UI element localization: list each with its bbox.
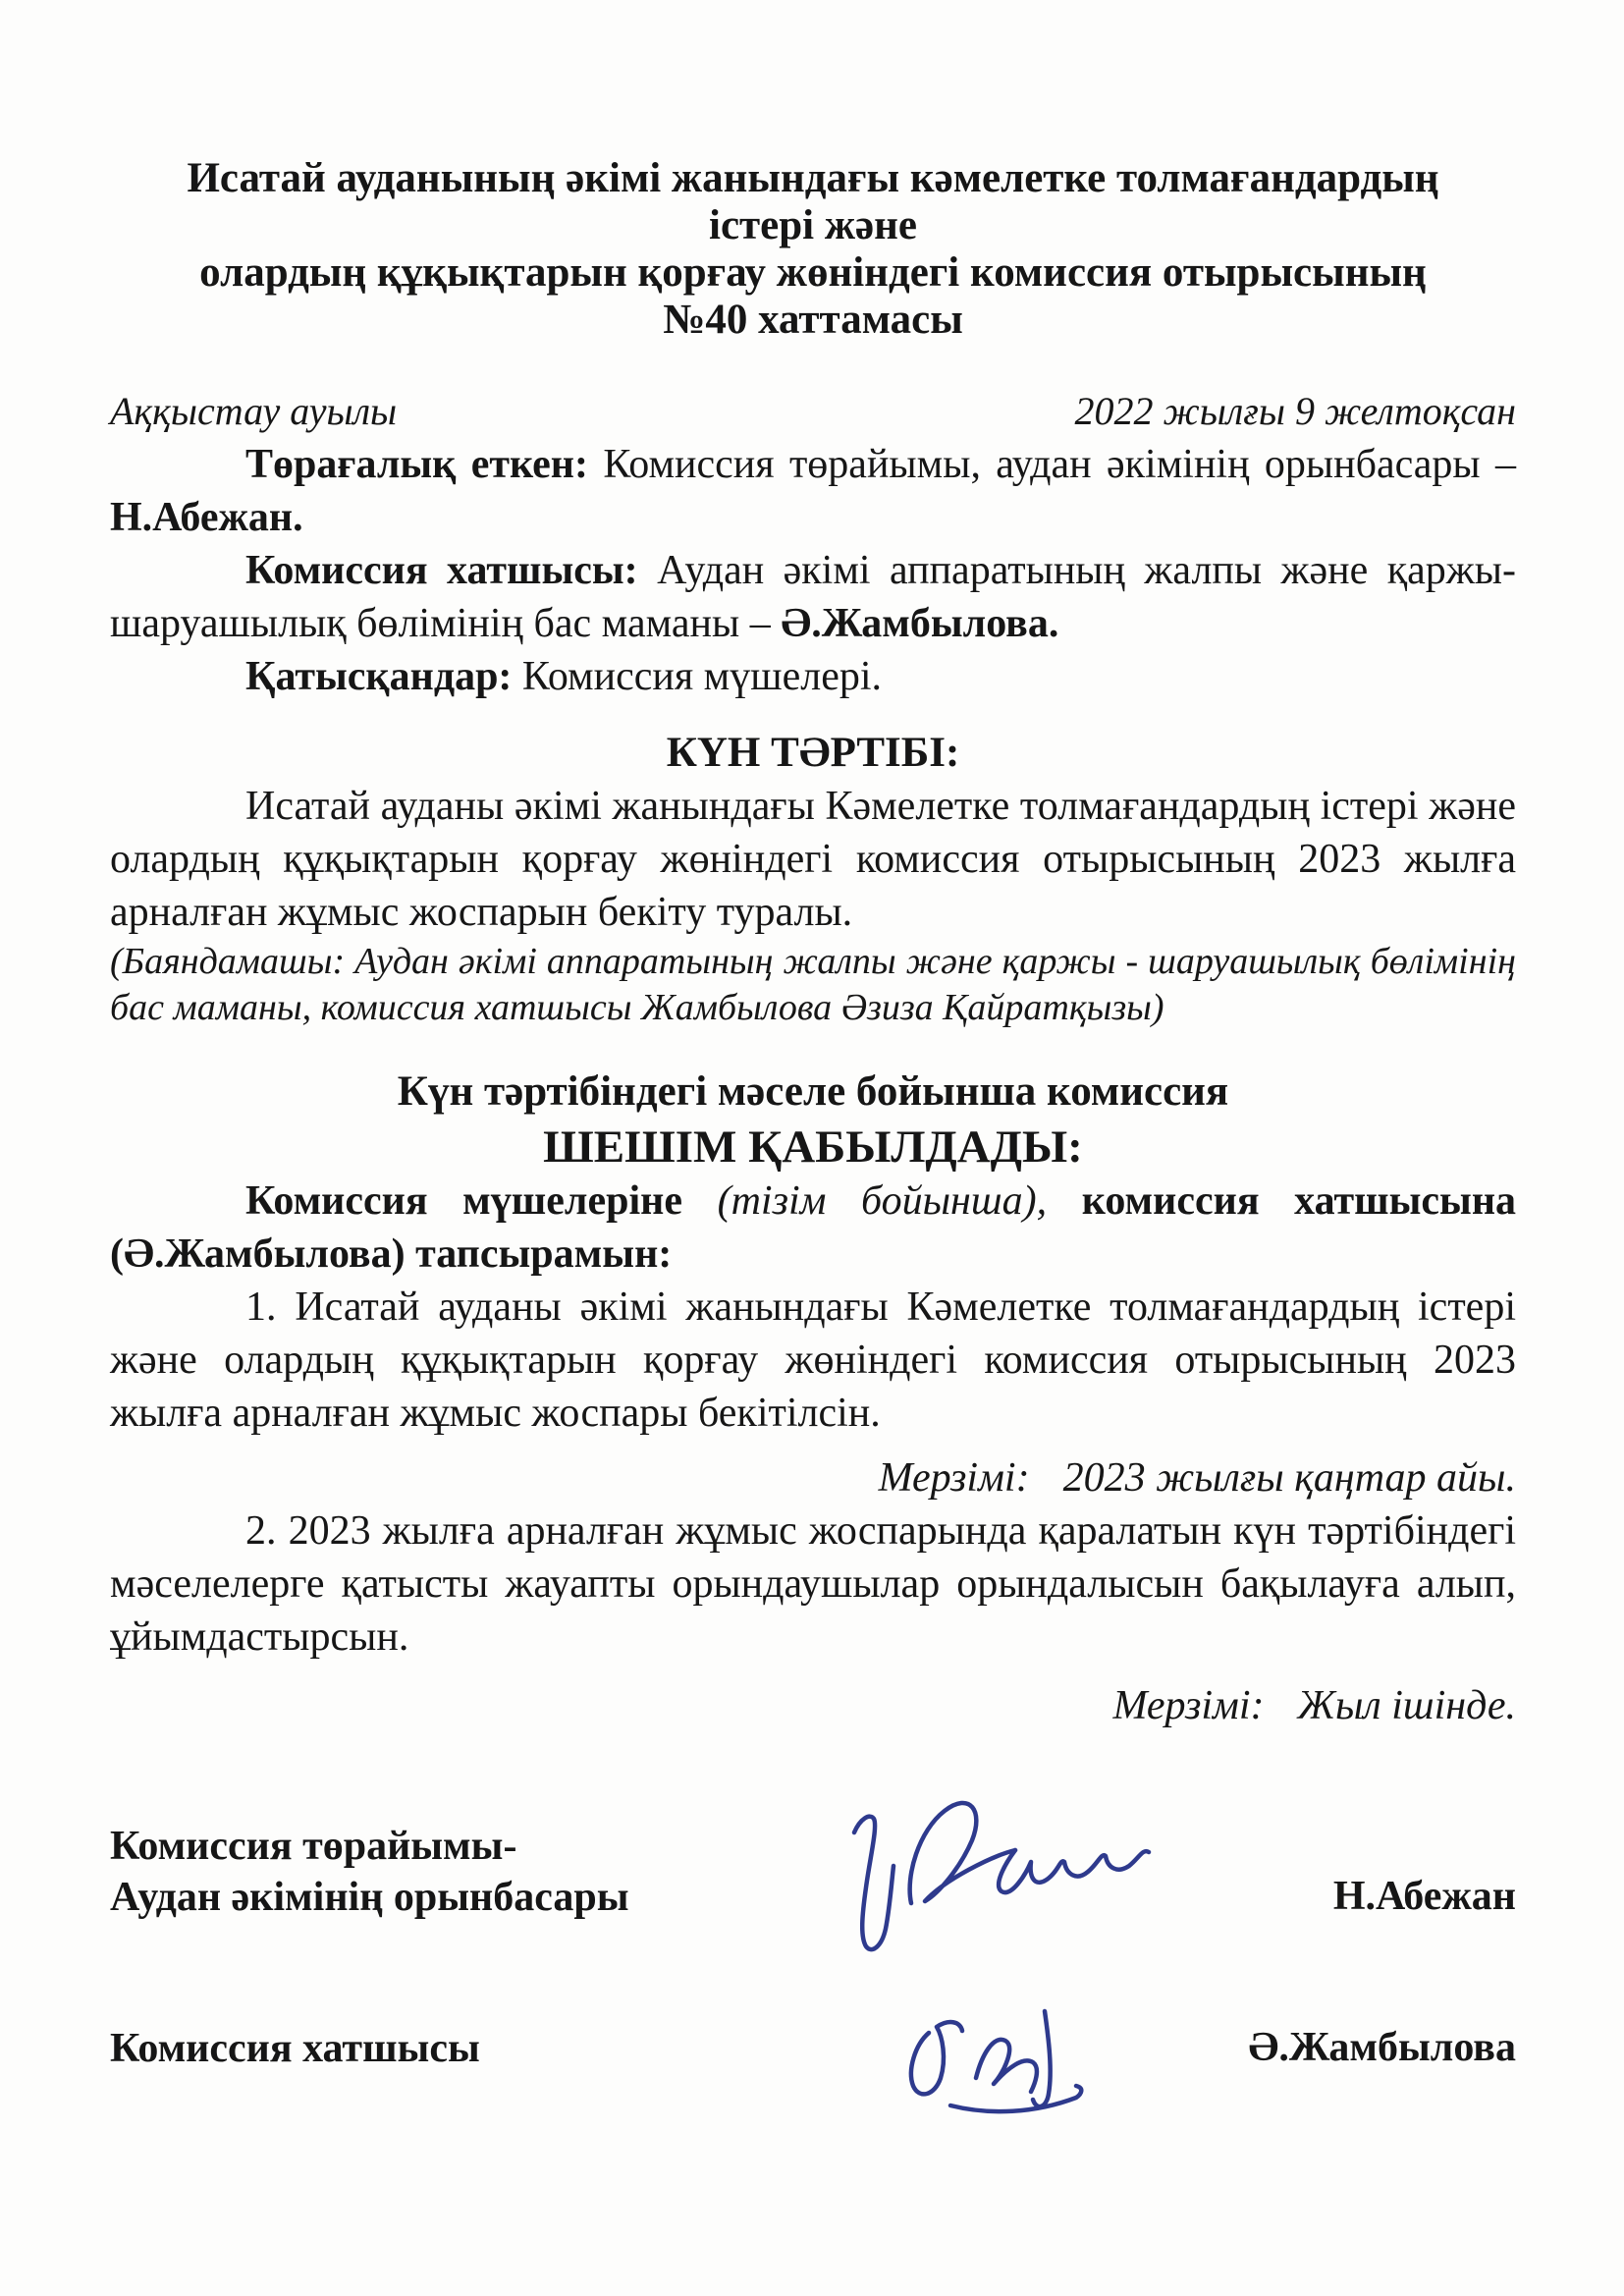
deadline-2-label: Мерзімі:: [1112, 1683, 1264, 1728]
signature-role-chair-line1: Комиссия төрайымы-: [110, 1821, 629, 1872]
decision-heading-line1: Күн тәртібіндегі мәселе бойынша комиссия: [110, 1065, 1516, 1120]
deadline-2-value: Жыл ішінде.: [1297, 1683, 1516, 1728]
document-title-line2: олардың құқықтарын қорғау жөніндегі коми…: [140, 249, 1486, 297]
signature-row-chair: Комиссия төрайымы- Аудан әкімінің орынба…: [110, 1821, 1516, 1923]
agenda-text: Исатай ауданы әкімі жанындағы Кәмелетке …: [110, 780, 1516, 939]
signature-name-secretary: Ә.Жамбылова: [1248, 2021, 1516, 2074]
secretary-signature-icon: [886, 1976, 1121, 2143]
signature-block: Комиссия төрайымы- Аудан әкімінің орынба…: [110, 1821, 1516, 2074]
deadline-1-value: 2023 жылғы қаңтар айы.: [1063, 1455, 1516, 1501]
secretary-name: Ә.Жамбылова.: [781, 601, 1058, 646]
signature-role-secretary-line1: Комиссия хатшысы: [110, 2023, 480, 2074]
decision-heading-line2: ШЕШІМ ҚАБЫЛДАДЫ:: [110, 1120, 1516, 1175]
decision-item-2: 2. 2023 жылға арналған жұмыс жоспарында …: [110, 1504, 1516, 1664]
deadline-2: Мерзімі:Жыл ішінде.: [110, 1679, 1516, 1732]
meeting-date: 2022 жылғы 9 желтоқсан: [1075, 385, 1516, 438]
secretary-paragraph: Комиссия хатшысы: Аудан әкімі аппаратыны…: [110, 544, 1516, 650]
signature-row-secretary: Комиссия хатшысы Ә.Жамбылова: [110, 2021, 1516, 2074]
document-title-line1: Исатай ауданының әкімі жанындағы кәмелет…: [140, 155, 1486, 249]
signature-name-chair: Н.Абежан: [1333, 1870, 1516, 1923]
document-title: Исатай ауданының әкімі жанындағы кәмелет…: [140, 155, 1486, 344]
chair-paragraph: Төрағалық еткен: Комиссия төрайымы, ауда…: [110, 438, 1516, 544]
signature-role-chair-line2: Аудан әкімінің орынбасары: [110, 1872, 629, 1923]
place-date-row: Аққыстау ауылы 2022 жылғы 9 желтоқсан: [110, 385, 1516, 438]
meeting-place: Аққыстау ауылы: [110, 385, 397, 438]
decision-item-1: 1. Исатай ауданы әкімі жанындағы Кәмелет…: [110, 1281, 1516, 1440]
chair-text: Комиссия төрайымы, аудан әкімінің орынба…: [603, 442, 1516, 487]
chair-signature-icon: [827, 1774, 1180, 1970]
document-title-line3: №40 хаттамасы: [140, 297, 1486, 344]
deadline-1-label: Мерзімі:: [879, 1455, 1030, 1501]
agenda-speaker-note: (Баяндамашы: Аудан әкімі аппаратының жал…: [110, 939, 1516, 1031]
secretary-label: Комиссия хатшысы:: [245, 548, 638, 593]
document-page: Исатай ауданының әкімі жанындағы кәмелет…: [0, 0, 1624, 2296]
signature-role-chair: Комиссия төрайымы- Аудан әкімінің орынба…: [110, 1821, 629, 1923]
chair-label: Төрағалық еткен:: [245, 442, 588, 487]
attendees-label: Қатысқандар:: [245, 654, 512, 699]
decision-heading: Күн тәртібіндегі мәселе бойынша комиссия…: [110, 1065, 1516, 1175]
attendees-text: Комиссия мүшелері.: [522, 654, 882, 699]
signature-role-secretary: Комиссия хатшысы: [110, 2023, 480, 2074]
decision-intro-bold1: Комиссия мүшелеріне: [245, 1178, 682, 1224]
decision-intro: Комиссия мүшелеріне (тізім бойынша), ком…: [110, 1175, 1516, 1281]
agenda-heading: КҮН ТӘРТІБІ:: [110, 727, 1516, 780]
chair-name: Н.Абежан.: [110, 495, 303, 540]
deadline-1: Мерзімі:2023 жылғы қаңтар айы.: [110, 1451, 1516, 1504]
decision-intro-italic: (тізім бойынша),: [718, 1178, 1048, 1224]
attendees-paragraph: Қатысқандар: Комиссия мүшелері.: [110, 650, 1516, 703]
